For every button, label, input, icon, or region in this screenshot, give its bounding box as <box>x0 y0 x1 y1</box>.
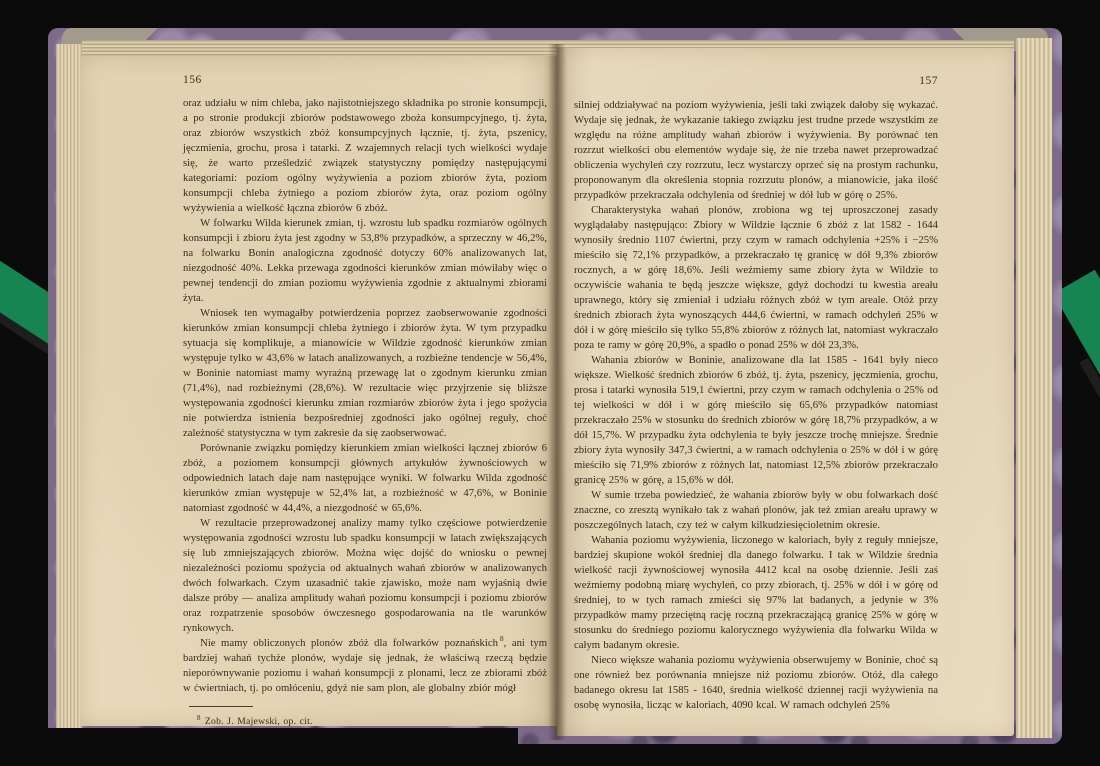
paragraph: W folwarku Wilda kierunek zmian, tj. wzr… <box>183 216 547 306</box>
paragraph: Charakterystyka wahań plonów, zrobiona w… <box>574 203 938 353</box>
gutter-shadow <box>548 44 566 740</box>
left-page: 156 oraz udziału w nim chleba, jako naji… <box>80 56 557 726</box>
page-number-right: 157 <box>574 75 938 87</box>
paragraph: Porównanie związku pomiędzy kierunkiem z… <box>183 441 547 516</box>
page-number-left: 156 <box>183 74 202 86</box>
footnote: 8Zob. J. Majewski, op. cit. <box>183 712 547 728</box>
paragraph: Wniosek ten wymagałby potwierdzenia popr… <box>183 306 547 441</box>
bottom-shadow-overlay <box>48 728 518 744</box>
paragraph: Nieco większe wahania poziomu wyżywienia… <box>574 653 938 713</box>
right-page: 157 silniej oddziaływać na poziom wyżywi… <box>557 48 1014 736</box>
paragraph: W sumie trzeba powiedzieć, że wahania zb… <box>574 488 938 533</box>
paragraph: silniej oddziaływać na poziom wyżywienia… <box>574 98 938 203</box>
paragraph: Nie mamy obliczonych plonów zbóż dla fol… <box>183 636 547 696</box>
book-cover: 156 oraz udziału w nim chleba, jako naji… <box>48 28 1062 744</box>
footnote-separator <box>189 706 253 707</box>
page-edges-right <box>1016 38 1052 738</box>
cradle-edge-right <box>1079 358 1100 493</box>
paragraph-text: Nie mamy obliczonych plonów zbóż dla fol… <box>200 637 498 649</box>
footnote-text: Zob. J. Majewski, op. cit. <box>205 716 313 727</box>
paragraph: Wahania zbiorów w Boninie, analizowane d… <box>574 353 938 488</box>
paragraph: Wahania poziomu wyżywienia, liczonego w … <box>574 533 938 653</box>
footnote-marker: 8 <box>197 714 201 722</box>
paragraph: W rezultacie przeprowadzonej analizy mam… <box>183 516 547 636</box>
right-page-text: silniej oddziaływać na poziom wyżywienia… <box>574 98 938 713</box>
paragraph: oraz udziału w nim chleba, jako najistot… <box>183 96 547 216</box>
left-page-text: oraz udziału w nim chleba, jako najistot… <box>183 96 547 728</box>
page-edges-left <box>56 44 82 732</box>
